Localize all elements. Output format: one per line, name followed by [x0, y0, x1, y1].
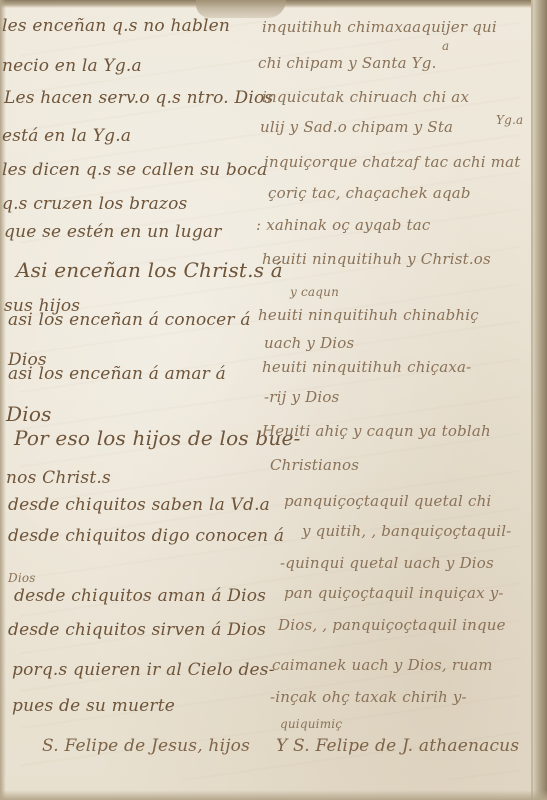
spanish-line-19: desde chiquitos aman á Dios [14, 588, 266, 605]
mayan-line-23: quiquimiç [280, 718, 342, 730]
spanish-signature-line: S. Felipe de Jesus, hijos [42, 738, 250, 755]
spanish-line-17: desde chiquitos digo conocen á [8, 528, 284, 545]
spanish-line-16: desde chiquitos saben la Vd.a [8, 497, 270, 514]
spanish-line-22: pues de su muerte [12, 698, 175, 715]
mayan-line-17: y quitih, , banquiçoçtaquil- [302, 524, 511, 539]
spanish-line-3: Les hacen serv.o q.s ntro. Dios [4, 90, 273, 107]
bottom-page-edge [0, 790, 547, 800]
mayan-line-19: pan quiçoçtaquil inquiçax y- [284, 586, 504, 601]
mayan-line-9: y caqun [290, 286, 339, 298]
spanish-line-12: asi los enceñan á amar á [8, 366, 226, 383]
spanish-line-4: está en la Yg.a [2, 128, 131, 145]
spanish-line-1: les enceñan q.s no hablen [2, 18, 230, 35]
mayan-line-13: -rij y Dios [264, 390, 339, 405]
mayan-line-4-superscript: Yg.a [496, 114, 523, 126]
mayan-line-10: heuiti ninquitihuh chinabhiç [258, 308, 479, 323]
spanish-line-5: les dicen q.s se callen su boca [2, 162, 267, 179]
spanish-line-8: Asi enceñan los Christ.s á [16, 260, 283, 280]
mayan-line-12: heuiti ninquitihuh chiçaxa- [262, 360, 471, 375]
mayan-line-14: Heuiti ahiç y caqun ya toblah [262, 424, 491, 439]
spanish-line-20: desde chiquitos sirven á Dios [8, 622, 266, 639]
spanish-line-7: que se estén en un lugar [4, 224, 222, 241]
spanish-line-14: Por eso los hijos de los bue- [14, 428, 300, 448]
right-page-edge [533, 0, 547, 800]
spanish-line-10: asi los enceñan á conocer á [8, 312, 251, 329]
mayan-line-5: inquiçorque chatzaf tac achi mat [264, 155, 521, 170]
mayan-line-4: ulij y Sad.o chipam y Sta [260, 120, 453, 135]
mayan-line-20: Dios, , panquiçoçtaquil inque [278, 618, 506, 633]
mayan-line-15: Christianos [270, 458, 359, 473]
mayan-line-22: -inçak ohç taxak chirih y- [270, 690, 467, 705]
mayan-line-2-superscript: a [442, 40, 449, 52]
spanish-line-13: Dios [6, 404, 52, 424]
mayan-line-18: -quinqui quetal uach y Dios [280, 556, 494, 571]
mayan-signature-line: Y S. Felipe de J. athaenacus [276, 738, 519, 755]
manuscript-page: les enceñan q.s no hablen inquitihuh chi… [0, 0, 547, 800]
spanish-line-15: nos Christ.s [6, 470, 111, 487]
mayan-line-7: : xahinak oç ayqab tac [256, 218, 430, 233]
mayan-line-11: uach y Dios [264, 336, 354, 351]
spanish-line-21: porq.s quieren ir al Cielo des- [12, 662, 275, 679]
spanish-line-18: Dios [8, 572, 36, 584]
mayan-line-2: chi chipam y Santa Yg. [258, 56, 437, 71]
mayan-line-1: inquitihuh chimaxaaquijer qui [262, 20, 497, 35]
mayan-line-21: caimanek uach y Dios, ruam [272, 658, 493, 673]
spanish-line-2: necio en la Yg.a [2, 58, 142, 75]
mayan-line-8: heuiti ninquitihuh y Christ.os [262, 252, 491, 267]
mayan-line-3: inquicutak chiruach chi ax [262, 90, 469, 105]
mayan-line-16: panquiçoçtaquil quetal chi [284, 494, 491, 509]
mayan-line-6: çoriç tac, chaçachek aqab [268, 186, 471, 201]
left-page-edge [0, 0, 6, 800]
spanish-line-6: q.s cruzen los brazos [2, 196, 187, 213]
